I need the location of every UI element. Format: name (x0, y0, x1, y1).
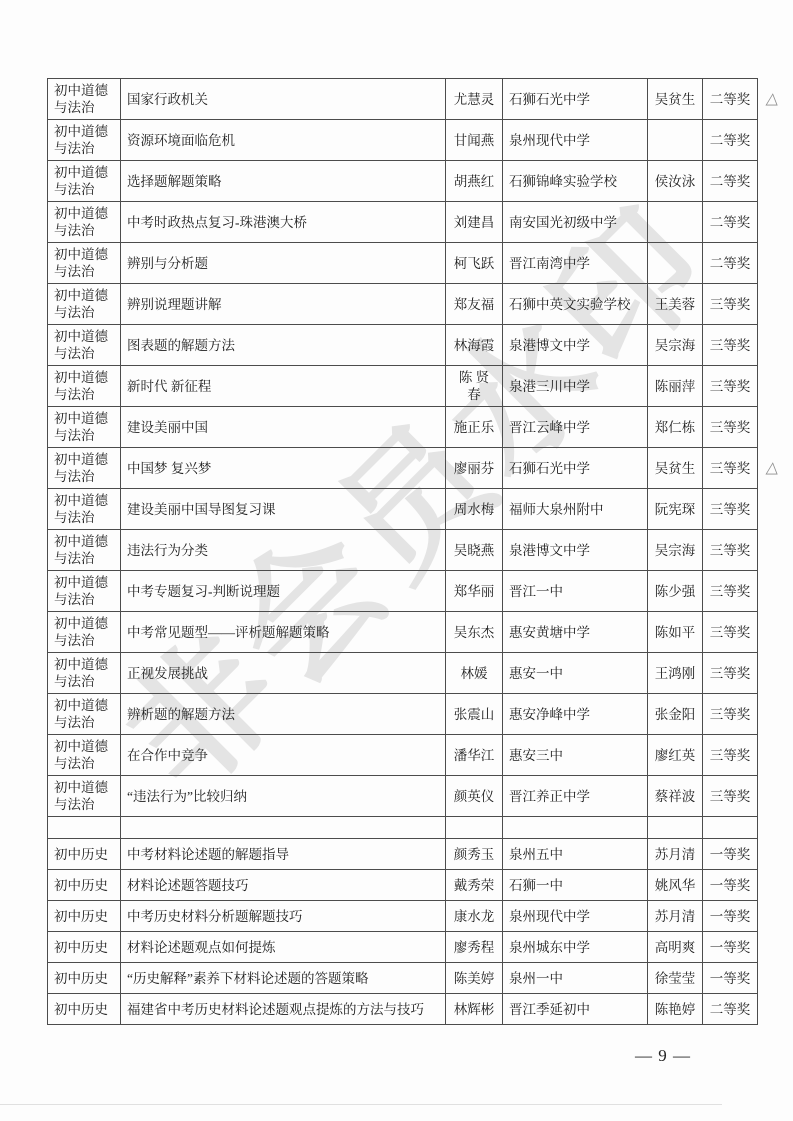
subject-cell: 初中道德与法治 (48, 161, 121, 202)
author-cell: 张震山 (446, 694, 503, 735)
table-row: 初中道德与法治选择题解题策略胡燕红石狮锦峰实验学校侯汝泳二等奖 (48, 161, 758, 202)
subject-cell: 初中历史 (48, 963, 121, 994)
table-row: 初中历史材料论述题观点如何提炼廖秀程泉州城东中学高明爽一等奖 (48, 932, 758, 963)
title-cell: 中考常见题型——评析题解题策略 (121, 612, 446, 653)
award-cell: 三等奖 (703, 325, 758, 366)
empty-cell (446, 817, 503, 839)
school-cell: 南安国光初级中学 (503, 202, 648, 243)
author-cell: 施正乐 (446, 407, 503, 448)
instructor-cell: 阮宪琛 (648, 489, 703, 530)
instructor-cell: 苏月清 (648, 901, 703, 932)
award-cell: 三等奖 (703, 735, 758, 776)
title-cell: 中考专题复习-判断说理题 (121, 571, 446, 612)
award-cell: 一等奖 (703, 901, 758, 932)
school-cell: 泉州现代中学 (503, 901, 648, 932)
title-cell: 辨析题的解题方法 (121, 694, 446, 735)
title-cell: 中国梦 复兴梦 (121, 448, 446, 489)
table-row: 初中道德与法治新时代 新征程陈 贤 春泉港三川中学陈丽萍三等奖 (48, 366, 758, 407)
triangle-annotation: △ (765, 461, 779, 477)
table-row: 初中道德与法治辨析题的解题方法张震山惠安净峰中学张金阳三等奖 (48, 694, 758, 735)
title-cell: 新时代 新征程 (121, 366, 446, 407)
table-row: 初中道德与法治正视发展挑战林媛惠安一中王鸿刚三等奖 (48, 653, 758, 694)
author-cell: 陈 贤 春 (446, 366, 503, 407)
school-cell: 石狮石光中学 (503, 79, 648, 120)
subject-cell: 初中道德与法治 (48, 571, 121, 612)
title-cell: 中考历史材料分析题解题技巧 (121, 901, 446, 932)
subject-cell: 初中历史 (48, 839, 121, 870)
table-row: 初中道德与法治中国梦 复兴梦廖丽芬石狮石光中学吴贫生三等奖△ (48, 448, 758, 489)
award-cell: 三等奖 (703, 776, 758, 817)
title-cell: 福建省中考历史材料论述题观点提炼的方法与技巧 (121, 994, 446, 1025)
subject-cell: 初中道德与法治 (48, 366, 121, 407)
school-cell: 晋江南湾中学 (503, 243, 648, 284)
author-cell: 胡燕红 (446, 161, 503, 202)
empty-cell (648, 817, 703, 839)
award-cell: 二等奖 (703, 994, 758, 1025)
triangle-annotation: △ (765, 92, 779, 108)
author-cell: 林海霞 (446, 325, 503, 366)
instructor-cell: 高明爽 (648, 932, 703, 963)
title-cell: 正视发展挑战 (121, 653, 446, 694)
instructor-cell: 王美蓉 (648, 284, 703, 325)
award-cell: 一等奖 (703, 870, 758, 901)
subject-cell: 初中历史 (48, 870, 121, 901)
instructor-cell: 蔡祥波 (648, 776, 703, 817)
table-row: 初中历史材料论述题答题技巧戴秀荣石狮一中姚风华一等奖 (48, 870, 758, 901)
subject-cell: 初中道德与法治 (48, 284, 121, 325)
subject-cell: 初中道德与法治 (48, 694, 121, 735)
school-cell: 泉港三川中学 (503, 366, 648, 407)
instructor-cell (648, 243, 703, 284)
author-cell: 廖秀程 (446, 932, 503, 963)
school-cell: 惠安三中 (503, 735, 648, 776)
school-cell: 泉港博文中学 (503, 530, 648, 571)
table-row: 初中道德与法治辨别说理题讲解郑友福石狮中英文实验学校王美蓉三等奖 (48, 284, 758, 325)
school-cell: 泉州现代中学 (503, 120, 648, 161)
subject-cell: 初中道德与法治 (48, 448, 121, 489)
title-cell: 国家行政机关 (121, 79, 446, 120)
subject-cell: 初中道德与法治 (48, 79, 121, 120)
title-cell: 违法行为分类 (121, 530, 446, 571)
award-cell: 三等奖△ (703, 448, 758, 489)
table-row: 初中道德与法治“违法行为”比较归纳颜英仪晋江养正中学蔡祥波三等奖 (48, 776, 758, 817)
table-row: 初中道德与法治在合作中竞争潘华江惠安三中廖红英三等奖 (48, 735, 758, 776)
school-cell: 惠安一中 (503, 653, 648, 694)
school-cell: 石狮石光中学 (503, 448, 648, 489)
instructor-cell: 侯汝泳 (648, 161, 703, 202)
instructor-cell: 苏月清 (648, 839, 703, 870)
title-cell: 材料论述题观点如何提炼 (121, 932, 446, 963)
title-cell: 辨别与分析题 (121, 243, 446, 284)
school-cell: 石狮一中 (503, 870, 648, 901)
table-row: 初中道德与法治资源环境面临危机甘闻燕泉州现代中学二等奖 (48, 120, 758, 161)
subject-cell: 初中历史 (48, 994, 121, 1025)
award-cell: 三等奖 (703, 366, 758, 407)
instructor-cell (648, 120, 703, 161)
table-row: 初中历史中考历史材料分析题解题技巧康水龙泉州现代中学苏月清一等奖 (48, 901, 758, 932)
empty-cell (121, 817, 446, 839)
author-cell: 廖丽芬 (446, 448, 503, 489)
author-cell: 吴东杰 (446, 612, 503, 653)
title-cell: 建设美丽中国导图复习课 (121, 489, 446, 530)
school-cell: 泉港博文中学 (503, 325, 648, 366)
instructor-cell: 廖红英 (648, 735, 703, 776)
instructor-cell: 吴贫生 (648, 79, 703, 120)
award-cell: 一等奖 (703, 932, 758, 963)
school-cell: 晋江季延初中 (503, 994, 648, 1025)
table-row: 初中历史福建省中考历史材料论述题观点提炼的方法与技巧林辉彬晋江季延初中陈艳婷二等… (48, 994, 758, 1025)
award-cell: 三等奖 (703, 612, 758, 653)
author-cell: 戴秀荣 (446, 870, 503, 901)
empty-cell (703, 817, 758, 839)
author-cell: 陈美婷 (446, 963, 503, 994)
author-cell: 颜秀玉 (446, 839, 503, 870)
author-cell: 康水龙 (446, 901, 503, 932)
author-cell: 林媛 (446, 653, 503, 694)
award-cell: 三等奖 (703, 530, 758, 571)
subject-cell: 初中历史 (48, 932, 121, 963)
instructor-cell: 王鸿刚 (648, 653, 703, 694)
school-cell: 泉州一中 (503, 963, 648, 994)
table-row: 初中历史中考材料论述题的解题指导颜秀玉泉州五中苏月清一等奖 (48, 839, 758, 870)
author-cell: 尤慧灵 (446, 79, 503, 120)
award-cell: 一等奖 (703, 839, 758, 870)
instructor-cell: 张金阳 (648, 694, 703, 735)
instructor-cell: 陈如平 (648, 612, 703, 653)
instructor-cell: 陈丽萍 (648, 366, 703, 407)
section-morality-law: 初中道德与法治国家行政机关尤慧灵石狮石光中学吴贫生二等奖△初中道德与法治资源环境… (48, 79, 758, 817)
title-cell: 在合作中竞争 (121, 735, 446, 776)
table-row: 初中道德与法治图表题的解题方法林海霞泉港博文中学吴宗海三等奖 (48, 325, 758, 366)
title-cell: 图表题的解题方法 (121, 325, 446, 366)
school-cell: 石狮锦峰实验学校 (503, 161, 648, 202)
school-cell: 晋江一中 (503, 571, 648, 612)
table-row: 初中道德与法治国家行政机关尤慧灵石狮石光中学吴贫生二等奖△ (48, 79, 758, 120)
section-history: 初中历史中考材料论述题的解题指导颜秀玉泉州五中苏月清一等奖初中历史材料论述题答题… (48, 839, 758, 1025)
subject-cell: 初中道德与法治 (48, 735, 121, 776)
award-cell: 二等奖 (703, 120, 758, 161)
school-cell: 泉州五中 (503, 839, 648, 870)
author-cell: 柯飞跃 (446, 243, 503, 284)
school-cell: 石狮中英文实验学校 (503, 284, 648, 325)
award-cell: 二等奖 (703, 243, 758, 284)
awards-table: 初中道德与法治国家行政机关尤慧灵石狮石光中学吴贫生二等奖△初中道德与法治资源环境… (47, 78, 758, 1025)
author-cell: 颜英仪 (446, 776, 503, 817)
table-row: 初中历史“历史解释”素养下材料论述题的答题策略陈美婷泉州一中徐莹莹一等奖 (48, 963, 758, 994)
subject-cell: 初中道德与法治 (48, 202, 121, 243)
award-cell: 二等奖 (703, 161, 758, 202)
subject-cell: 初中道德与法治 (48, 776, 121, 817)
author-cell: 林辉彬 (446, 994, 503, 1025)
empty-cell (503, 817, 648, 839)
school-cell: 惠安净峰中学 (503, 694, 648, 735)
document-page: { "page": { "number_label": "— 9 —" }, "… (0, 0, 793, 1121)
table-row: 初中道德与法治中考时政热点复习-珠港澳大桥刘建昌南安国光初级中学二等奖 (48, 202, 758, 243)
title-cell: “违法行为”比较归纳 (121, 776, 446, 817)
instructor-cell: 吴贫生 (648, 448, 703, 489)
page-number: — 9 — (618, 1046, 708, 1066)
title-cell: 选择题解题策略 (121, 161, 446, 202)
table-row: 初中道德与法治中考常见题型——评析题解题策略吴东杰惠安黄塘中学陈如平三等奖 (48, 612, 758, 653)
scan-edge-line (0, 1104, 722, 1105)
author-cell: 吴晓燕 (446, 530, 503, 571)
subject-cell: 初中道德与法治 (48, 530, 121, 571)
school-cell: 惠安黄塘中学 (503, 612, 648, 653)
section-spacer (48, 817, 758, 839)
award-cell: 一等奖 (703, 963, 758, 994)
table-row: 初中道德与法治建设美丽中国施正乐晋江云峰中学郑仁栋三等奖 (48, 407, 758, 448)
school-cell: 晋江云峰中学 (503, 407, 648, 448)
instructor-cell: 吴宗海 (648, 530, 703, 571)
author-cell: 周水梅 (446, 489, 503, 530)
spacer-row (48, 817, 758, 839)
title-cell: 辨别说理题讲解 (121, 284, 446, 325)
school-cell: 福师大泉州附中 (503, 489, 648, 530)
instructor-cell: 郑仁栋 (648, 407, 703, 448)
table-row: 初中道德与法治违法行为分类吴晓燕泉港博文中学吴宗海三等奖 (48, 530, 758, 571)
award-cell: 三等奖 (703, 694, 758, 735)
instructor-cell: 徐莹莹 (648, 963, 703, 994)
author-cell: 郑友福 (446, 284, 503, 325)
instructor-cell: 姚风华 (648, 870, 703, 901)
school-cell: 晋江养正中学 (503, 776, 648, 817)
award-cell: 二等奖 (703, 202, 758, 243)
title-cell: 材料论述题答题技巧 (121, 870, 446, 901)
subject-cell: 初中道德与法治 (48, 612, 121, 653)
author-cell: 甘闻燕 (446, 120, 503, 161)
table-row: 初中道德与法治中考专题复习-判断说理题郑华丽晋江一中陈少强三等奖 (48, 571, 758, 612)
subject-cell: 初中道德与法治 (48, 407, 121, 448)
title-cell: “历史解释”素养下材料论述题的答题策略 (121, 963, 446, 994)
subject-cell: 初中道德与法治 (48, 325, 121, 366)
title-cell: 资源环境面临危机 (121, 120, 446, 161)
empty-cell (48, 817, 121, 839)
subject-cell: 初中道德与法治 (48, 489, 121, 530)
instructor-cell (648, 202, 703, 243)
subject-cell: 初中历史 (48, 901, 121, 932)
award-cell: 三等奖 (703, 407, 758, 448)
instructor-cell: 陈少强 (648, 571, 703, 612)
author-cell: 郑华丽 (446, 571, 503, 612)
subject-cell: 初中道德与法治 (48, 653, 121, 694)
school-cell: 泉州城东中学 (503, 932, 648, 963)
instructor-cell: 陈艳婷 (648, 994, 703, 1025)
table-row: 初中道德与法治建设美丽中国导图复习课周水梅福师大泉州附中阮宪琛三等奖 (48, 489, 758, 530)
award-cell: 三等奖 (703, 653, 758, 694)
award-cell: 三等奖 (703, 489, 758, 530)
subject-cell: 初中道德与法治 (48, 243, 121, 284)
title-cell: 中考材料论述题的解题指导 (121, 839, 446, 870)
author-cell: 刘建昌 (446, 202, 503, 243)
instructor-cell: 吴宗海 (648, 325, 703, 366)
title-cell: 中考时政热点复习-珠港澳大桥 (121, 202, 446, 243)
subject-cell: 初中道德与法治 (48, 120, 121, 161)
award-cell: 三等奖 (703, 284, 758, 325)
author-cell: 潘华江 (446, 735, 503, 776)
award-cell: 二等奖△ (703, 79, 758, 120)
title-cell: 建设美丽中国 (121, 407, 446, 448)
table-row: 初中道德与法治辨别与分析题柯飞跃晋江南湾中学二等奖 (48, 243, 758, 284)
award-cell: 三等奖 (703, 571, 758, 612)
